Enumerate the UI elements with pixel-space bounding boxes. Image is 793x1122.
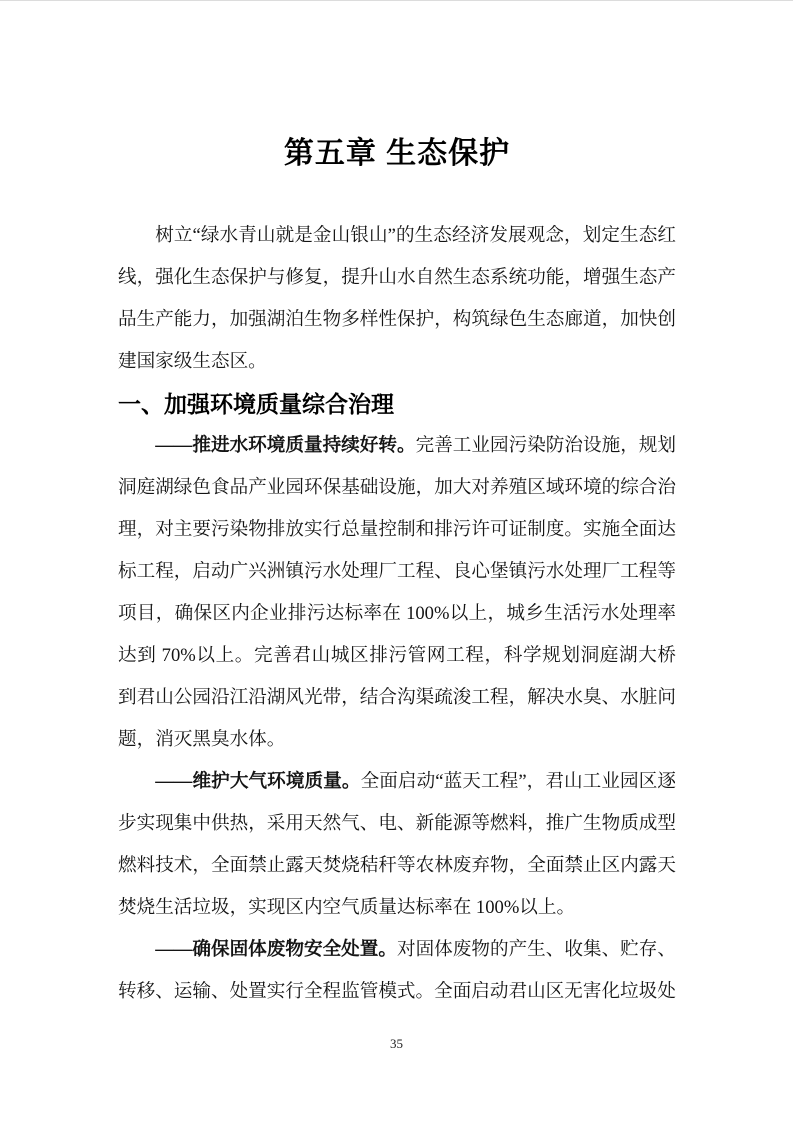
chapter-title: 第五章 生态保护 (118, 1, 676, 173)
policy-paragraph: ——维护大气环境质量。全面启动“蓝天工程”，君山工业园区逐步实现集中供热，采用天… (118, 761, 676, 929)
policy-paragraph: ——确保固体废物安全处置。对固体废物的产生、收集、贮存、转移、运输、处置实行全程… (118, 929, 676, 1013)
section-heading: 一、加强环境质量综合治理 (118, 383, 676, 425)
paragraph-lead: ——确保固体废物安全处置。 (155, 939, 397, 960)
paragraph-lead: ——推进水环境质量持续好转。 (155, 435, 415, 456)
paragraph-lead: ——维护大气环境质量。 (155, 771, 360, 792)
paragraph-text: 完善工业园污染防治设施，规划洞庭湖绿色食品产业园环保基础设施，加大对养殖区域环境… (118, 435, 676, 750)
section-paragraphs: ——推进水环境质量持续好转。完善工业园污染防治设施，规划洞庭湖绿色食品产业园环保… (118, 425, 676, 1013)
page-content: 第五章 生态保护 树立“绿水青山就是金山银山”的生态经济发展观念，划定生态红线，… (118, 1, 676, 1013)
paragraph-text: 全面启动“蓝天工程”，君山工业园区逐步实现集中供热，采用天然气、电、新能源等燃料… (118, 771, 676, 918)
policy-paragraph: ——推进水环境质量持续好转。完善工业园污染防治设施，规划洞庭湖绿色食品产业园环保… (118, 425, 676, 761)
document-page: 第五章 生态保护 树立“绿水青山就是金山银山”的生态经济发展观念，划定生态红线，… (0, 0, 793, 1122)
page-number: 35 (0, 1035, 793, 1053)
intro-paragraph: 树立“绿水青山就是金山银山”的生态经济发展观念，划定生态红线，强化生态保护与修复… (118, 215, 676, 383)
